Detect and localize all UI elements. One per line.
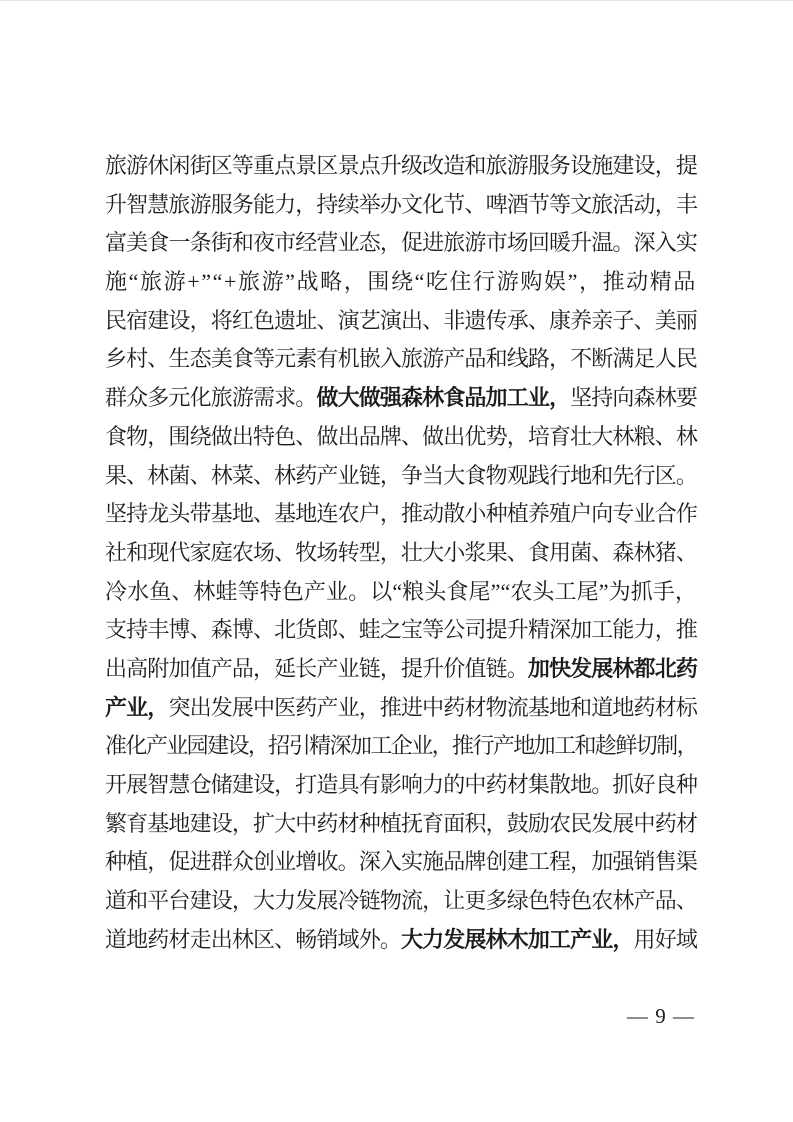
text-segment: 果、林菌、林菜、林药产业链，争当大食物观践行地和先行区。 bbox=[105, 463, 697, 488]
text-segment: 种植，促进群众创业增收。深入实施品牌创建工程，加强销售渠 bbox=[105, 849, 697, 874]
text-segment: 繁育基地建设，扩大中药材种植抚育面积，鼓励农民发展中药材 bbox=[105, 811, 697, 836]
scan-edge-line bbox=[0, 0, 793, 1]
text-line: 产业，突出发展中医药产业，推进中药材物流基地和道地药材标 bbox=[105, 689, 697, 728]
text-line-content: 坚持龙头带基地、基地连农户，推动散小种植养殖户向专业合作 bbox=[105, 501, 697, 526]
text-line: 支持丰博、森博、北货郎、蛙之宝等公司提升精深加工能力，推 bbox=[105, 611, 697, 650]
text-line-content: 种植，促进群众创业增收。深入实施品牌创建工程，加强销售渠 bbox=[105, 849, 697, 874]
text-line-content: 产业，突出发展中医药产业，推进中药材物流基地和道地药材标 bbox=[105, 695, 697, 720]
text-line: 施“旅游+”“+旅游”战略，围绕“吃住行游购娱”，推动精品 bbox=[105, 263, 697, 302]
text-segment: 旅游休闲街区等重点景区景点升级改造和旅游服务设施建设，提 bbox=[105, 153, 697, 178]
document-body: 旅游休闲街区等重点景区景点升级改造和旅游服务设施建设，提升智慧旅游服务能力，持续… bbox=[105, 147, 697, 959]
text-segment: 开展智慧仓储建设，打造具有影响力的中药材集散地。抓好良种 bbox=[105, 772, 697, 797]
text-line: 果、林菌、林菜、林药产业链，争当大食物观践行地和先行区。 bbox=[105, 457, 697, 496]
text-line-content: 道地药材走出林区、畅销域外。大力发展林木加工产业，用好域 bbox=[105, 927, 697, 952]
text-segment: 富美食一条街和夜市经营业态，促进旅游市场回暖升温。深入实 bbox=[105, 230, 697, 255]
text-line: 富美食一条街和夜市经营业态，促进旅游市场回暖升温。深入实 bbox=[105, 224, 697, 263]
bold-text-segment: 大力发展林木加工产业， bbox=[401, 927, 634, 952]
text-line-content: 食物，围绕做出特色、做出品牌、做出优势，培育壮大林粮、林 bbox=[105, 424, 697, 449]
text-line: 社和现代家庭农场、牧场转型，壮大小浆果、食用菌、森林猪、 bbox=[105, 534, 697, 573]
page-number: — 9 — bbox=[610, 1001, 712, 1031]
text-line: 群众多元化旅游需求。做大做强森林食品加工业，坚持向森林要 bbox=[105, 379, 697, 418]
text-segment: 用好域 bbox=[634, 927, 697, 952]
text-line-content: 出高附加值产品，延长产业链，提升价值链。加快发展林都北药 bbox=[105, 656, 697, 681]
text-segment: 食物，围绕做出特色、做出品牌、做出优势，培育壮大林粮、林 bbox=[105, 424, 697, 449]
text-line-content: 道和平台建设，大力发展冷链物流，让更多绿色特色农林产品、 bbox=[105, 888, 697, 913]
text-segment: 突出发展中医药产业，推进中药材物流基地和道地药材标 bbox=[168, 695, 697, 720]
text-line: 繁育基地建设，扩大中药材种植抚育面积，鼓励农民发展中药材 bbox=[105, 805, 697, 844]
text-line: 道地药材走出林区、畅销域外。大力发展林木加工产业，用好域 bbox=[105, 921, 697, 960]
text-line-content: 冷水鱼、林蛙等特色产业。以“粮头食尾”“农头工尾”为抓手， bbox=[105, 579, 697, 604]
text-line: 种植，促进群众创业增收。深入实施品牌创建工程，加强销售渠 bbox=[105, 843, 697, 882]
text-line: 准化产业园建设，招引精深加工企业，推行产地加工和趁鲜切制， bbox=[105, 727, 697, 766]
text-line-content: 施“旅游+”“+旅游”战略，围绕“吃住行游购娱”，推动精品 bbox=[105, 269, 697, 294]
text-line: 乡村、生态美食等元素有机嵌入旅游产品和线路，不断满足人民 bbox=[105, 340, 697, 379]
text-line-content: 开展智慧仓储建设，打造具有影响力的中药材集散地。抓好良种 bbox=[105, 772, 697, 797]
text-segment: 冷水鱼、林蛙等特色产业。以“粮头食尾”“农头工尾”为抓手， bbox=[105, 579, 697, 604]
text-line-content: 果、林菌、林菜、林药产业链，争当大食物观践行地和先行区。 bbox=[105, 463, 697, 488]
text-segment: 道和平台建设，大力发展冷链物流，让更多绿色特色农林产品、 bbox=[105, 888, 697, 913]
text-line: 旅游休闲街区等重点景区景点升级改造和旅游服务设施建设，提 bbox=[105, 147, 697, 186]
bold-text-segment: 产业， bbox=[105, 695, 168, 720]
bold-text-segment: 做大做强森林食品加工业， bbox=[316, 385, 570, 410]
text-line-content: 支持丰博、森博、北货郎、蛙之宝等公司提升精深加工能力，推 bbox=[105, 617, 697, 642]
text-line: 民宿建设，将红色遗址、演艺演出、非遗传承、康养亲子、美丽 bbox=[105, 302, 697, 341]
text-segment: 准化产业园建设，招引精深加工企业，推行产地加工和趁鲜切制， bbox=[105, 733, 697, 758]
text-line: 食物，围绕做出特色、做出品牌、做出优势，培育壮大林粮、林 bbox=[105, 418, 697, 457]
bold-text-segment: 加快发展林都北药 bbox=[528, 656, 697, 681]
text-segment: 坚持向森林要 bbox=[570, 385, 697, 410]
text-line: 出高附加值产品，延长产业链，提升价值链。加快发展林都北药 bbox=[105, 650, 697, 689]
text-segment: 社和现代家庭农场、牧场转型，壮大小浆果、食用菌、森林猪、 bbox=[105, 540, 697, 565]
text-line-content: 乡村、生态美食等元素有机嵌入旅游产品和线路，不断满足人民 bbox=[105, 346, 697, 371]
text-line-content: 旅游休闲街区等重点景区景点升级改造和旅游服务设施建设，提 bbox=[105, 153, 697, 178]
text-segment: 群众多元化旅游需求。 bbox=[105, 385, 316, 410]
text-line-content: 富美食一条街和夜市经营业态，促进旅游市场回暖升温。深入实 bbox=[105, 230, 697, 255]
text-line-content: 社和现代家庭农场、牧场转型，壮大小浆果、食用菌、森林猪、 bbox=[105, 540, 697, 565]
text-line-content: 民宿建设，将红色遗址、演艺演出、非遗传承、康养亲子、美丽 bbox=[105, 308, 697, 333]
text-line-content: 升智慧旅游服务能力，持续举办文化节、啤酒节等文旅活动，丰 bbox=[105, 192, 697, 217]
text-segment: 出高附加值产品，延长产业链，提升价值链。 bbox=[105, 656, 528, 681]
text-line: 坚持龙头带基地、基地连农户，推动散小种植养殖户向专业合作 bbox=[105, 495, 697, 534]
text-segment: 道地药材走出林区、畅销域外。 bbox=[105, 927, 401, 952]
text-line: 升智慧旅游服务能力，持续举办文化节、啤酒节等文旅活动，丰 bbox=[105, 186, 697, 225]
text-segment: 施“旅游+”“+旅游”战略，围绕“吃住行游购娱”，推动精品 bbox=[105, 269, 697, 294]
text-segment: 乡村、生态美食等元素有机嵌入旅游产品和线路，不断满足人民 bbox=[105, 346, 697, 371]
text-line: 道和平台建设，大力发展冷链物流，让更多绿色特色农林产品、 bbox=[105, 882, 697, 921]
text-line: 开展智慧仓储建设，打造具有影响力的中药材集散地。抓好良种 bbox=[105, 766, 697, 805]
text-segment: 民宿建设，将红色遗址、演艺演出、非遗传承、康养亲子、美丽 bbox=[105, 308, 697, 333]
document-page: 旅游休闲街区等重点景区景点升级改造和旅游服务设施建设，提升智慧旅游服务能力，持续… bbox=[0, 0, 793, 1122]
text-line: 冷水鱼、林蛙等特色产业。以“粮头食尾”“农头工尾”为抓手， bbox=[105, 573, 697, 612]
text-line-content: 群众多元化旅游需求。做大做强森林食品加工业，坚持向森林要 bbox=[105, 385, 697, 410]
text-segment: 升智慧旅游服务能力，持续举办文化节、啤酒节等文旅活动，丰 bbox=[105, 192, 697, 217]
text-line-content: 繁育基地建设，扩大中药材种植抚育面积，鼓励农民发展中药材 bbox=[105, 811, 697, 836]
text-line-content: 准化产业园建设，招引精深加工企业，推行产地加工和趁鲜切制， bbox=[105, 733, 697, 758]
text-segment: 支持丰博、森博、北货郎、蛙之宝等公司提升精深加工能力，推 bbox=[105, 617, 697, 642]
text-segment: 坚持龙头带基地、基地连农户，推动散小种植养殖户向专业合作 bbox=[105, 501, 697, 526]
